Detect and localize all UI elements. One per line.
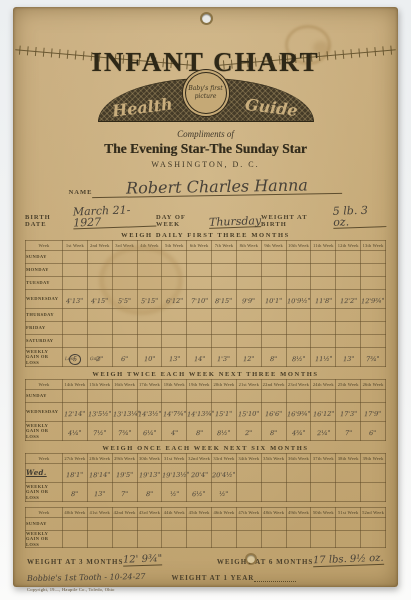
table-cell — [261, 335, 286, 348]
table-cell: 4'15" — [87, 290, 112, 309]
table-cell — [187, 322, 212, 335]
birth-date-label: BIRTH DATE — [25, 214, 73, 228]
handwritten-value: ½" — [219, 491, 229, 498]
table-row: Weekly Gain or Loss4¼"7½"7¾"6¼"4"8"8½"2"… — [26, 422, 386, 441]
table-row: Wed.18'1"18'14"19'5"19'13"19'13½"20'4"20… — [26, 464, 386, 483]
table-cell — [87, 390, 112, 403]
column-header: 22nd Week — [261, 380, 286, 390]
column-header: 42nd Week — [112, 508, 137, 518]
row-label: Wednesday — [26, 403, 63, 422]
table-cell — [162, 322, 187, 335]
handwritten-value: 4'13" — [66, 298, 83, 305]
masthead: INFANT CHART Health Guide Baby's first p… — [13, 7, 398, 169]
handwritten-value: 16'12" — [313, 411, 335, 418]
handwritten-note: Gain — [90, 358, 101, 363]
column-header: Week — [26, 454, 63, 464]
first-tooth-note: Bobbie's 1st Tooth - 10-24-27 — [27, 572, 146, 583]
table-cell — [236, 264, 261, 277]
row-label: Wednesday — [26, 290, 63, 309]
table3-caption: WEIGH ONCE EACH WEEK NEXT SIX MONTHS — [13, 445, 398, 452]
name-label: NAME — [69, 189, 93, 196]
handwritten-value: 5'5" — [118, 298, 131, 305]
column-header: 29th Week — [112, 454, 137, 464]
table-cell — [137, 335, 162, 348]
table-cell — [137, 531, 162, 548]
table-cell: 7'10" — [187, 290, 212, 309]
day-of-week-label: DAY OF WEEK — [156, 214, 209, 228]
table-cell — [63, 518, 88, 531]
table-cell: 14'7¾" — [162, 403, 187, 422]
table-cell — [162, 309, 187, 322]
handwritten-value: 13" — [94, 491, 105, 498]
table1-caption: WEIGH DAILY FIRST THREE MONTHS — [13, 232, 398, 239]
handwritten-value: 8" — [270, 430, 277, 437]
handwritten-value: 7½" — [93, 430, 107, 437]
footer-section: WEIGHT AT 3 MONTHS 12' 9¾" WEIGHT AT 6 M… — [13, 555, 398, 592]
birth-date-value: March 21-1927 — [73, 204, 156, 230]
handwritten-value: 4" — [171, 430, 178, 437]
table-cell — [311, 390, 336, 403]
handwritten-value: 4'15" — [91, 298, 108, 305]
table-cell — [261, 464, 286, 483]
handwritten-value: 14'7¾" — [162, 411, 186, 418]
row-label: Friday — [26, 322, 63, 335]
table-row: Sunday — [26, 518, 386, 531]
table-cell: 13" — [336, 348, 361, 367]
table-row: Weekly Gain or Loss5Loss2"Gain6"10"13"14… — [26, 348, 386, 367]
handwritten-value: 6¼" — [143, 430, 157, 437]
row-label: Weekly Gain or Loss — [26, 483, 63, 502]
table-cell: 5'5" — [112, 290, 137, 309]
handwritten-value: 8" — [195, 430, 202, 437]
table-cell — [212, 322, 237, 335]
table-cell — [261, 322, 286, 335]
weigh-daily-table: Week1st Week2nd Week3rd Week4th Week5th … — [25, 240, 386, 367]
table-cell — [187, 251, 212, 264]
table-cell — [361, 483, 386, 502]
handwritten-value: ½" — [170, 491, 180, 498]
table-cell: 8" — [187, 422, 212, 441]
table-cell: 8'15" — [212, 290, 237, 309]
handwritten-value: 8" — [146, 491, 153, 498]
weight-1yr-label: WEIGHT AT 1 YEAR — [171, 574, 254, 582]
copyright-line: Copyright, 19—, Hauptle Co., Toledo, Ohi… — [27, 587, 384, 592]
table-cell — [63, 390, 88, 403]
table-row: Friday — [26, 322, 386, 335]
column-header: 10th Week — [286, 241, 311, 251]
table-cell — [286, 518, 311, 531]
handwritten-value: 6'12" — [166, 298, 183, 305]
table-cell — [137, 322, 162, 335]
weight-3mo-label: WEIGHT AT 3 MONTHS — [27, 558, 123, 566]
column-header: 31st Week — [162, 454, 187, 464]
publisher-city: WASHINGTON, D. C. — [13, 160, 398, 169]
table-cell — [286, 390, 311, 403]
header-row: Week1st Week2nd Week3rd Week4th Week5th … — [26, 241, 386, 251]
table-cell — [361, 390, 386, 403]
table-cell — [261, 309, 286, 322]
handwritten-value: 20'4" — [190, 472, 207, 479]
table-cell: 13" — [87, 483, 112, 502]
table-cell — [187, 264, 212, 277]
row-label: Weekly Gain or Loss — [26, 422, 63, 441]
table-cell — [336, 251, 361, 264]
table-cell: 14'13¾" — [187, 403, 212, 422]
table-cell: 6¼" — [137, 422, 162, 441]
table-cell: 17'9" — [361, 403, 386, 422]
table-cell — [361, 518, 386, 531]
table-cell: 15'10" — [236, 403, 261, 422]
table-cell: 13'13¼" — [112, 403, 137, 422]
column-header: 16th Week — [112, 380, 137, 390]
table-cell — [361, 335, 386, 348]
column-header: 14th Week — [63, 380, 88, 390]
table-cell — [87, 251, 112, 264]
table-cell — [286, 277, 311, 290]
column-header: 18th Week — [162, 380, 187, 390]
table-cell — [311, 518, 336, 531]
table-cell: 4'13" — [63, 290, 88, 309]
weigh-once-weekly-table: Week27th Week28th Week29th Week30th Week… — [25, 453, 386, 502]
table-cell — [286, 251, 311, 264]
table-cell: 8" — [261, 348, 286, 367]
table-cell — [212, 390, 237, 403]
table-cell: 8½" — [286, 348, 311, 367]
table-cell — [311, 464, 336, 483]
header-row: Week40th Week41st Week42nd Week43rd Week… — [26, 508, 386, 518]
table-cell — [63, 322, 88, 335]
column-header: 46th Week — [212, 508, 237, 518]
handwritten-value: 7'10" — [190, 298, 207, 305]
table-cell — [236, 322, 261, 335]
table-cell — [212, 335, 237, 348]
table-cell — [212, 531, 237, 548]
weight-3mo-value: 12' 9¾" — [123, 554, 163, 566]
table-cell — [336, 464, 361, 483]
table-cell: 19'13½" — [162, 464, 187, 483]
handwritten-value: 7" — [345, 430, 352, 437]
handwritten-value: 7¾" — [366, 356, 380, 363]
handwritten-value: 12'2" — [340, 298, 357, 305]
table-cell — [361, 264, 386, 277]
table-cell: 6" — [361, 422, 386, 441]
column-header: 7th Week — [212, 241, 237, 251]
table-cell — [112, 518, 137, 531]
handwritten-value: 19'13" — [139, 472, 161, 479]
handwritten-note: Loss — [65, 358, 75, 363]
handwritten-value: 13" — [169, 356, 180, 363]
weeks-40-52-table: Week40th Week41st Week42nd Week43rd Week… — [25, 507, 386, 548]
table-cell — [261, 277, 286, 290]
column-header: 24th Week — [311, 380, 336, 390]
table-cell: 4¾" — [286, 422, 311, 441]
handwritten-value: 15'10" — [238, 411, 260, 418]
handwritten-value: 13" — [342, 356, 353, 363]
table-cell — [137, 390, 162, 403]
table-cell — [212, 518, 237, 531]
column-header: 50th Week — [311, 508, 336, 518]
table-cell — [162, 531, 187, 548]
column-header: 47th Week — [236, 508, 261, 518]
table-cell — [236, 464, 261, 483]
handwritten-value: 8½" — [292, 356, 306, 363]
weight-6mo-value: 17 lbs. 9½ oz. — [313, 554, 384, 567]
column-header: 1st Week — [63, 241, 88, 251]
table-cell: 17'3" — [336, 403, 361, 422]
handwritten-value: 12'14" — [64, 411, 86, 418]
table-cell: 19'5" — [112, 464, 137, 483]
table-cell — [361, 322, 386, 335]
table-cell — [137, 518, 162, 531]
table-cell: ½" — [212, 483, 237, 502]
table-cell: 7" — [112, 483, 137, 502]
table-cell: 9'9" — [236, 290, 261, 309]
table2-caption: WEIGH TWICE EACH WEEK NEXT THREE MONTHS — [13, 371, 398, 378]
table-cell — [336, 264, 361, 277]
table-cell — [261, 531, 286, 548]
handwritten-value: 9'9" — [242, 298, 255, 305]
table-cell — [162, 251, 187, 264]
table-cell: 16'6" — [261, 403, 286, 422]
table-cell: 16'9¾" — [286, 403, 311, 422]
table-cell: 14'3½" — [137, 403, 162, 422]
header-row: Week27th Week28th Week29th Week30th Week… — [26, 454, 386, 464]
column-header: 35th Week — [261, 454, 286, 464]
column-header: Week — [26, 241, 63, 251]
handwritten-value: 14" — [193, 356, 204, 363]
table-cell — [311, 483, 336, 502]
table-cell: 14" — [187, 348, 212, 367]
table-row: Saturday — [26, 335, 386, 348]
table-cell: 5Loss — [63, 348, 88, 367]
table-cell — [212, 309, 237, 322]
table-cell: 18'1" — [63, 464, 88, 483]
handwritten-value: 20'4½" — [212, 472, 236, 479]
name-value: Robert Charles Hanna — [92, 177, 342, 198]
table-row: Weekly Gain or Loss8"13"7"8"½"6½"½" — [26, 483, 386, 502]
table-cell: 15'1" — [212, 403, 237, 422]
column-header: 13th Week — [361, 241, 386, 251]
column-header: 43rd Week — [137, 508, 162, 518]
handwritten-value: 17'3" — [340, 411, 357, 418]
table-cell — [212, 251, 237, 264]
column-header: 23rd Week — [286, 380, 311, 390]
table-row: Wednesday12'14"13'5½"13'13¼"14'3½"14'7¾"… — [26, 403, 386, 422]
table-cell: 16'12" — [311, 403, 336, 422]
weight-at-birth-label: WEIGHT AT BIRTH — [261, 214, 333, 228]
table-cell: 6'12" — [162, 290, 187, 309]
table-cell: 18'14" — [87, 464, 112, 483]
table-cell: 20'4½" — [212, 464, 237, 483]
table-cell — [361, 464, 386, 483]
table-cell — [112, 322, 137, 335]
table-cell — [112, 309, 137, 322]
tables-section: WEIGH DAILY FIRST THREE MONTHS Week1st W… — [13, 232, 398, 548]
table-cell: 2" — [236, 422, 261, 441]
day-of-week-value: Thursday — [209, 215, 262, 229]
birth-row: BIRTH DATE March 21-1927 DAY OF WEEK Thu… — [25, 205, 386, 228]
table-cell — [112, 390, 137, 403]
handwritten-value: 11½" — [314, 356, 332, 363]
handwritten-value: 2¼" — [317, 430, 331, 437]
column-header: 30th Week — [137, 454, 162, 464]
table-cell — [187, 277, 212, 290]
table-cell — [63, 251, 88, 264]
column-header: 52nd Week — [361, 508, 386, 518]
table-cell — [162, 264, 187, 277]
table-cell — [311, 264, 336, 277]
babys-first-picture-badge: Baby's first picture — [183, 70, 229, 116]
table-cell — [336, 390, 361, 403]
infant-chart-card: INFANT CHART Health Guide Baby's first p… — [13, 7, 398, 587]
table-cell — [336, 309, 361, 322]
table-cell: 10'1" — [261, 290, 286, 309]
table-cell — [137, 309, 162, 322]
row-label: Sunday — [26, 251, 63, 264]
row-label: Saturday — [26, 335, 63, 348]
table-cell — [236, 518, 261, 531]
table-cell — [236, 335, 261, 348]
row-label: Monday — [26, 264, 63, 277]
column-header: 45th Week — [187, 508, 212, 518]
table-cell — [236, 309, 261, 322]
table-cell — [112, 277, 137, 290]
table-cell — [336, 483, 361, 502]
table-cell: 6½" — [187, 483, 212, 502]
column-header: Week — [26, 508, 63, 518]
column-header: 49th Week — [286, 508, 311, 518]
handwritten-value: 12" — [243, 356, 254, 363]
table-cell: 4¼" — [63, 422, 88, 441]
column-header: 41st Week — [87, 508, 112, 518]
table-cell — [311, 531, 336, 548]
row-label: Tuesday — [26, 277, 63, 290]
column-header: 25th Week — [336, 380, 361, 390]
table-cell — [336, 335, 361, 348]
table-cell — [361, 277, 386, 290]
health-guide-banner: Health Guide Baby's first picture — [98, 78, 314, 122]
table-cell — [236, 531, 261, 548]
table-cell: 5'15" — [137, 290, 162, 309]
column-header: 34th Week — [236, 454, 261, 464]
table-cell — [112, 251, 137, 264]
handwritten-value: 5'15" — [141, 298, 158, 305]
handwritten-value: 8'15" — [215, 298, 232, 305]
handwritten-value: 8½" — [217, 430, 231, 437]
table-cell — [137, 277, 162, 290]
handwritten-value: 14'3½" — [138, 411, 162, 418]
table-cell: 11'8" — [311, 290, 336, 309]
handwritten-value: 10'1" — [265, 298, 282, 305]
table-row: Wednesday4'13"4'15"5'5"5'15"6'12"7'10"8'… — [26, 290, 386, 309]
table-cell — [236, 251, 261, 264]
handwritten-value: 13'5½" — [88, 411, 112, 418]
weigh-twice-weekly-table: Week14th Week15th Week16th Week17th Week… — [25, 379, 386, 441]
table-cell: 4" — [162, 422, 187, 441]
table-cell: 20'4" — [187, 464, 212, 483]
table-cell — [87, 335, 112, 348]
table-row: Monday — [26, 264, 386, 277]
table-cell: 12'2" — [336, 290, 361, 309]
table-cell — [311, 335, 336, 348]
handwritten-value: 6" — [121, 356, 128, 363]
column-header: Week — [26, 380, 63, 390]
table-cell: 10" — [137, 348, 162, 367]
handwritten-value: 2" — [245, 430, 252, 437]
identity-section: NAME Robert Charles Hanna BIRTH DATE Mar… — [13, 179, 398, 228]
table-cell: 10'9½" — [286, 290, 311, 309]
table-cell: 7¾" — [361, 348, 386, 367]
table-cell: 12'14" — [63, 403, 88, 422]
table-cell: 8½" — [212, 422, 237, 441]
table-cell — [187, 390, 212, 403]
handwritten-value: 15'1" — [215, 411, 232, 418]
weight-1yr-blank — [254, 581, 296, 582]
banner-word-guide: Guide — [244, 95, 299, 120]
table-cell — [286, 264, 311, 277]
column-header: 40th Week — [63, 508, 88, 518]
badge-line1: Baby's first — [188, 85, 222, 93]
table-cell — [112, 335, 137, 348]
banner-word-health: Health — [111, 94, 174, 120]
column-header: 20th Week — [212, 380, 237, 390]
handwritten-value: 4¼" — [68, 430, 82, 437]
table-cell — [63, 531, 88, 548]
table-cell — [236, 277, 261, 290]
handwritten-value: 6" — [369, 430, 376, 437]
table-cell — [261, 518, 286, 531]
table-cell — [311, 277, 336, 290]
table-cell — [361, 251, 386, 264]
handwritten-value: 10" — [144, 356, 155, 363]
handwritten-value: 1'3" — [217, 356, 230, 363]
table-cell — [112, 264, 137, 277]
table-cell: 8" — [63, 483, 88, 502]
column-header: 44th Week — [162, 508, 187, 518]
table-cell: 7" — [336, 422, 361, 441]
table-cell — [212, 264, 237, 277]
handwritten-value: 11'8" — [315, 298, 332, 305]
column-header: 38th Week — [336, 454, 361, 464]
table-cell — [212, 277, 237, 290]
row-label: Sunday — [26, 518, 63, 531]
row-label: Weekly Gain or Loss — [26, 348, 63, 367]
column-header: 6th Week — [187, 241, 212, 251]
table-cell — [162, 518, 187, 531]
row-label: Weekly Gain or Loss — [26, 531, 63, 548]
column-header: 26th Week — [361, 380, 386, 390]
table-cell: 12" — [236, 348, 261, 367]
table-cell — [187, 309, 212, 322]
row-label: Wed. — [26, 464, 63, 483]
publisher-name: The Evening Star-The Sunday Star — [13, 141, 398, 157]
table-cell — [261, 390, 286, 403]
bottom-hole — [247, 555, 255, 563]
table-cell: 7½" — [87, 422, 112, 441]
handwritten-value: 16'6" — [265, 411, 282, 418]
table-cell — [63, 264, 88, 277]
handwritten-value: 18'1" — [66, 472, 83, 479]
column-header: 2nd Week — [87, 241, 112, 251]
weight-6mo-label: WEIGHT AT 6 MONTHS — [217, 558, 313, 566]
handwritten-value: 7" — [121, 491, 128, 498]
table-row: Weekly Gain or Loss — [26, 531, 386, 548]
row-label: Sunday — [26, 390, 63, 403]
table-cell — [63, 277, 88, 290]
table-cell — [87, 322, 112, 335]
column-header: 33rd Week — [212, 454, 237, 464]
table-cell — [311, 322, 336, 335]
